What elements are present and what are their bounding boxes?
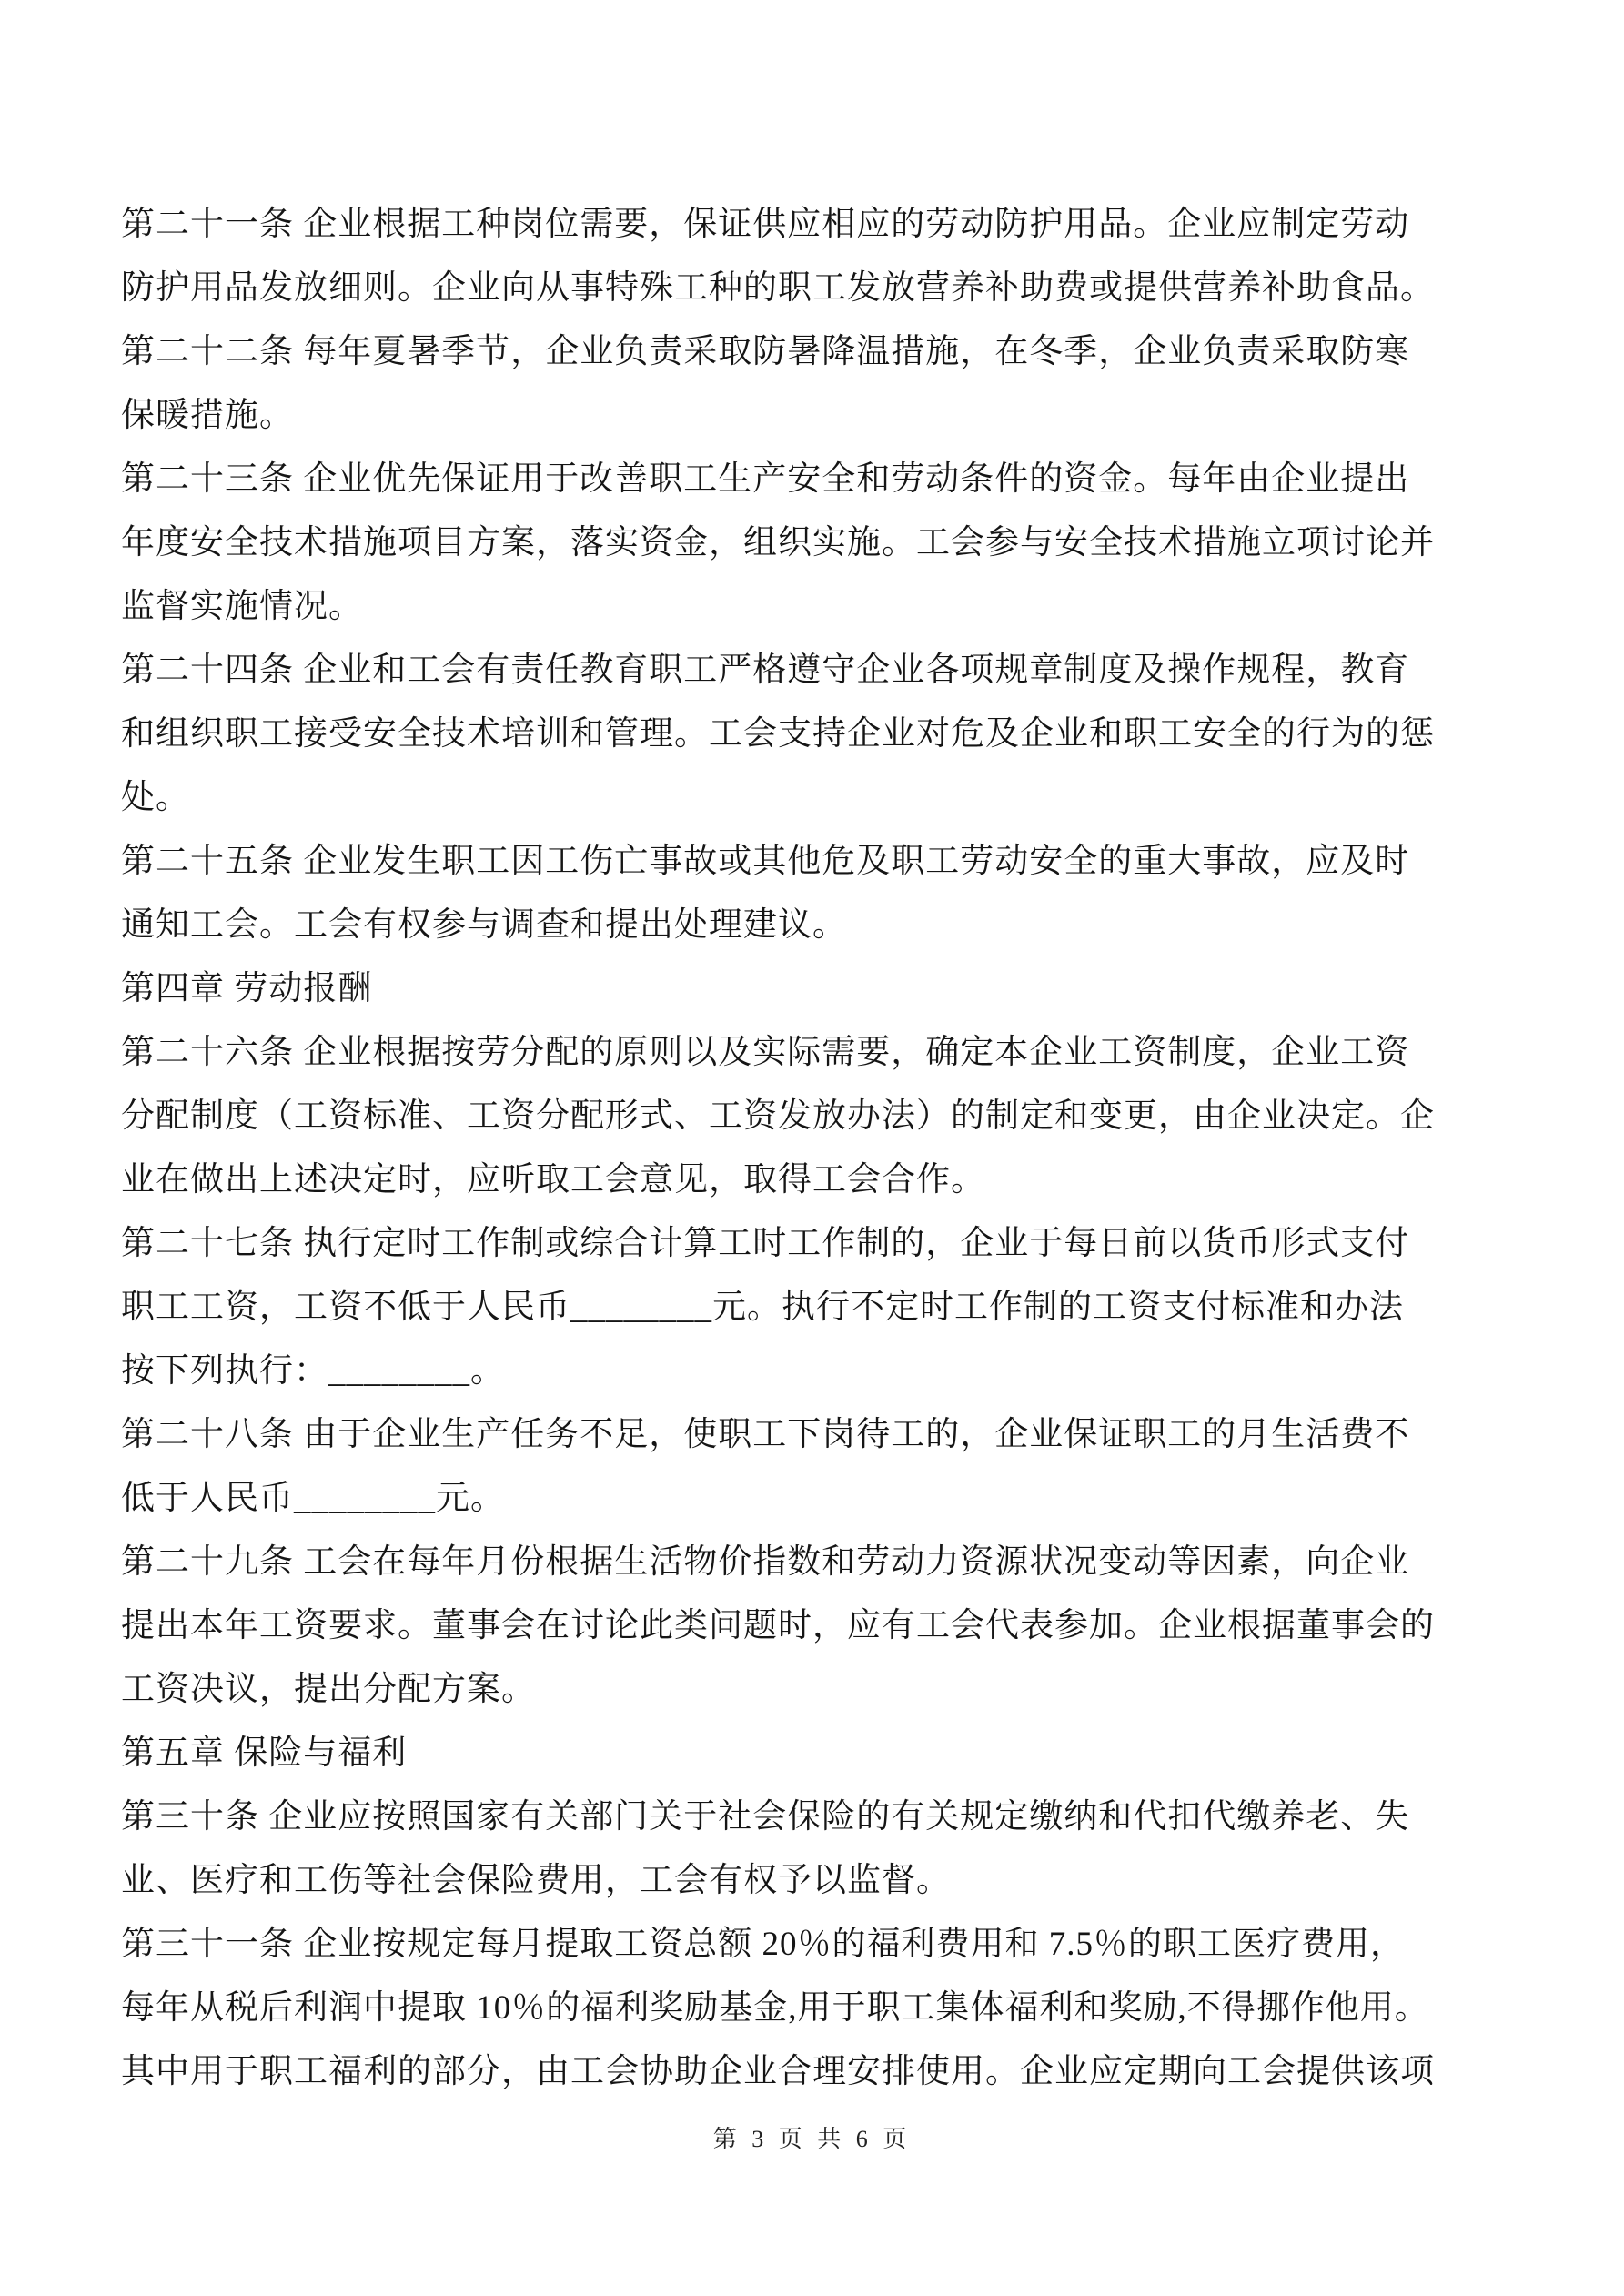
document-page: 第二十一条 企业根据工种岗位需要，保证供应相应的劳动防护用品。企业应制定劳动 防…	[0, 0, 1624, 2296]
document-line: 第三十一条 企业按规定每月提取工资总额 20％的福利费用和 7.5％的职工医疗费…	[121, 1913, 1513, 1977]
document-line: 和组织职工接受安全技术培训和管理。工会支持企业对危及企业和职工安全的行为的惩	[121, 703, 1513, 766]
document-line: 通知工会。工会有权参与调查和提出处理建议。	[121, 894, 1513, 957]
document-line: 第三十条 企业应按照国家有关部门关于社会保险的有关规定缴纳和代扣代缴养老、失	[121, 1785, 1513, 1849]
document-line: 提出本年工资要求。董事会在讨论此类问题时，应有工会代表参加。企业根据董事会的	[121, 1594, 1513, 1658]
document-line: 第二十八条 由于企业生产任务不足，使职工下岗待工的，企业保证职工的月生活费不	[121, 1403, 1513, 1467]
chapter-heading-4: 第四章 劳动报酬	[121, 957, 1513, 1021]
document-line: 业在做出上述决定时，应听取工会意见，取得工会合作。	[121, 1148, 1513, 1212]
document-line: 业、医疗和工伤等社会保险费用，工会有权予以监督。	[121, 1849, 1513, 1913]
document-line: 分配制度（工资标准、工资分配形式、工资发放办法）的制定和变更，由企业决定。企	[121, 1085, 1513, 1148]
document-line: 处。	[121, 766, 1513, 830]
page-number-footer: 第 3 页 共 6 页	[0, 2120, 1624, 2154]
document-line: 工资决议，提出分配方案。	[121, 1658, 1513, 1722]
document-line: 第二十六条 企业根据按劳分配的原则以及实际需要，确定本企业工资制度，企业工资	[121, 1021, 1513, 1085]
document-line: 年度安全技术措施项目方案，落实资金，组织实施。工会参与安全技术措施立项讨论并	[121, 511, 1513, 575]
document-body: 第二十一条 企业根据工种岗位需要，保证供应相应的劳动防护用品。企业应制定劳动 防…	[121, 193, 1513, 2104]
document-line: 第二十一条 企业根据工种岗位需要，保证供应相应的劳动防护用品。企业应制定劳动	[121, 193, 1513, 257]
document-line: 第二十五条 企业发生职工因工伤亡事故或其他危及职工劳动安全的重大事故，应及时	[121, 830, 1513, 894]
document-line: 第二十三条 企业优先保证用于改善职工生产安全和劳动条件的资金。每年由企业提出	[121, 448, 1513, 511]
document-line-with-blank: 职工工资，工资不低于人民币________元。执行不定时工作制的工资支付标准和办…	[121, 1276, 1513, 1340]
document-line: 第二十四条 企业和工会有责任教育职工严格遵守企业各项规章制度及操作规程，教育	[121, 639, 1513, 703]
chapter-heading-5: 第五章 保险与福利	[121, 1722, 1513, 1785]
document-line: 第二十二条 每年夏暑季节，企业负责采取防暑降温措施，在冬季，企业负责采取防寒	[121, 320, 1513, 384]
document-line: 监督实施情况。	[121, 575, 1513, 639]
document-line-with-blank: 按下列执行：________。	[121, 1340, 1513, 1403]
document-line: 保暖措施。	[121, 384, 1513, 448]
document-line: 第二十七条 执行定时工作制或综合计算工时工作制的，企业于每日前以货币形式支付	[121, 1212, 1513, 1276]
document-line-with-blank: 低于人民币________元。	[121, 1467, 1513, 1531]
document-line: 第二十九条 工会在每年月份根据生活物价指数和劳动力资源状况变动等因素，向企业	[121, 1531, 1513, 1594]
document-line: 每年从税后利润中提取 10％的福利奖励基金,用于职工集体福利和奖励,不得挪作他用…	[121, 1977, 1513, 2040]
document-line: 其中用于职工福利的部分，由工会协助企业合理安排使用。企业应定期向工会提供该项	[121, 2040, 1513, 2104]
document-line: 防护用品发放细则。企业向从事特殊工种的职工发放营养补助费或提供营养补助食品。	[121, 257, 1513, 320]
